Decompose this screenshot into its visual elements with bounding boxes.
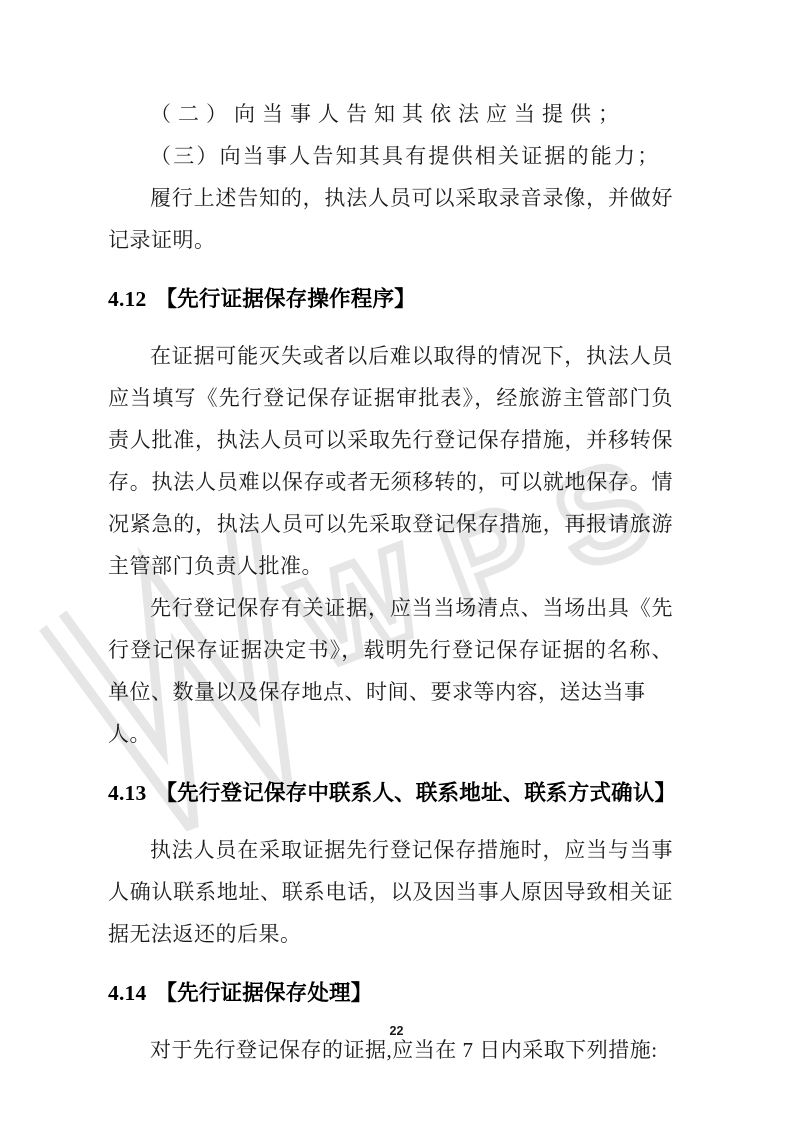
body-line: 单位、数量以及保存地点、时间、要求等内容，送达当事人。 [108,671,673,755]
section-number: 4.14 [108,981,155,1005]
section-heading-4-13: 4.13【先行登记保存中联系人、联系地址、联系方式确认】 [108,773,673,813]
body-line: 在证据可能灭失或者以后难以取得的情况下，执法人员 [108,335,673,377]
body-line: 履行上述告知的，执法人员可以采取录音录像，并做好 [108,177,673,219]
section-title: 【先行证据保存处理】 [155,981,372,1005]
body-line: 记录证明。 [108,219,673,261]
document-body: （二）向当事人告知其依法应当提供； （三）向当事人告知其具有提供相关证据的能力；… [108,0,673,1071]
section-number: 4.13 [108,781,155,805]
body-line: 行登记保存证据决定书》，载明先行登记保存证据的名称、 [108,629,673,671]
section-heading-4-14: 4.14【先行证据保存处理】 [108,973,673,1013]
body-line: 责人批准，执法人员可以采取先行登记保存措施，并移转保 [108,419,673,461]
section-title: 【先行登记保存中联系人、联系地址、联系方式确认】 [155,781,676,805]
body-line: 存。执法人员难以保存或者无须移转的，可以就地保存。情 [108,461,673,503]
body-line: 主管部门负责人批准。 [108,545,673,587]
page-number: 22 [0,1024,793,1038]
body-line: 人确认联系地址、联系电话，以及因当事人原因导致相关证 [108,871,673,913]
body-line: 先行登记保存有关证据，应当当场清点、当场出具《先 [108,587,673,629]
body-line: 据无法返还的后果。 [108,913,673,955]
body-line: 执法人员在采取证据先行登记保存措施时，应当与当事 [108,829,673,871]
body-line-item-3: （三）向当事人告知其具有提供相关证据的能力； [108,135,673,177]
section-heading-4-12: 4.12【先行证据保存操作程序】 [108,279,673,319]
body-line: 应当填写《先行登记保存证据审批表》，经旅游主管部门负 [108,377,673,419]
body-line: 况紧急的，执法人员可以先采取登记保存措施，再报请旅游 [108,503,673,545]
document-page: WPS （二）向当事人告知其依法应当提供； （三）向当事人告知其具有提供相关证据… [0,0,793,1122]
body-line-item-2: （二）向当事人告知其依法应当提供； [108,93,673,135]
section-number: 4.12 [108,287,155,311]
section-title: 【先行证据保存操作程序】 [155,287,415,311]
